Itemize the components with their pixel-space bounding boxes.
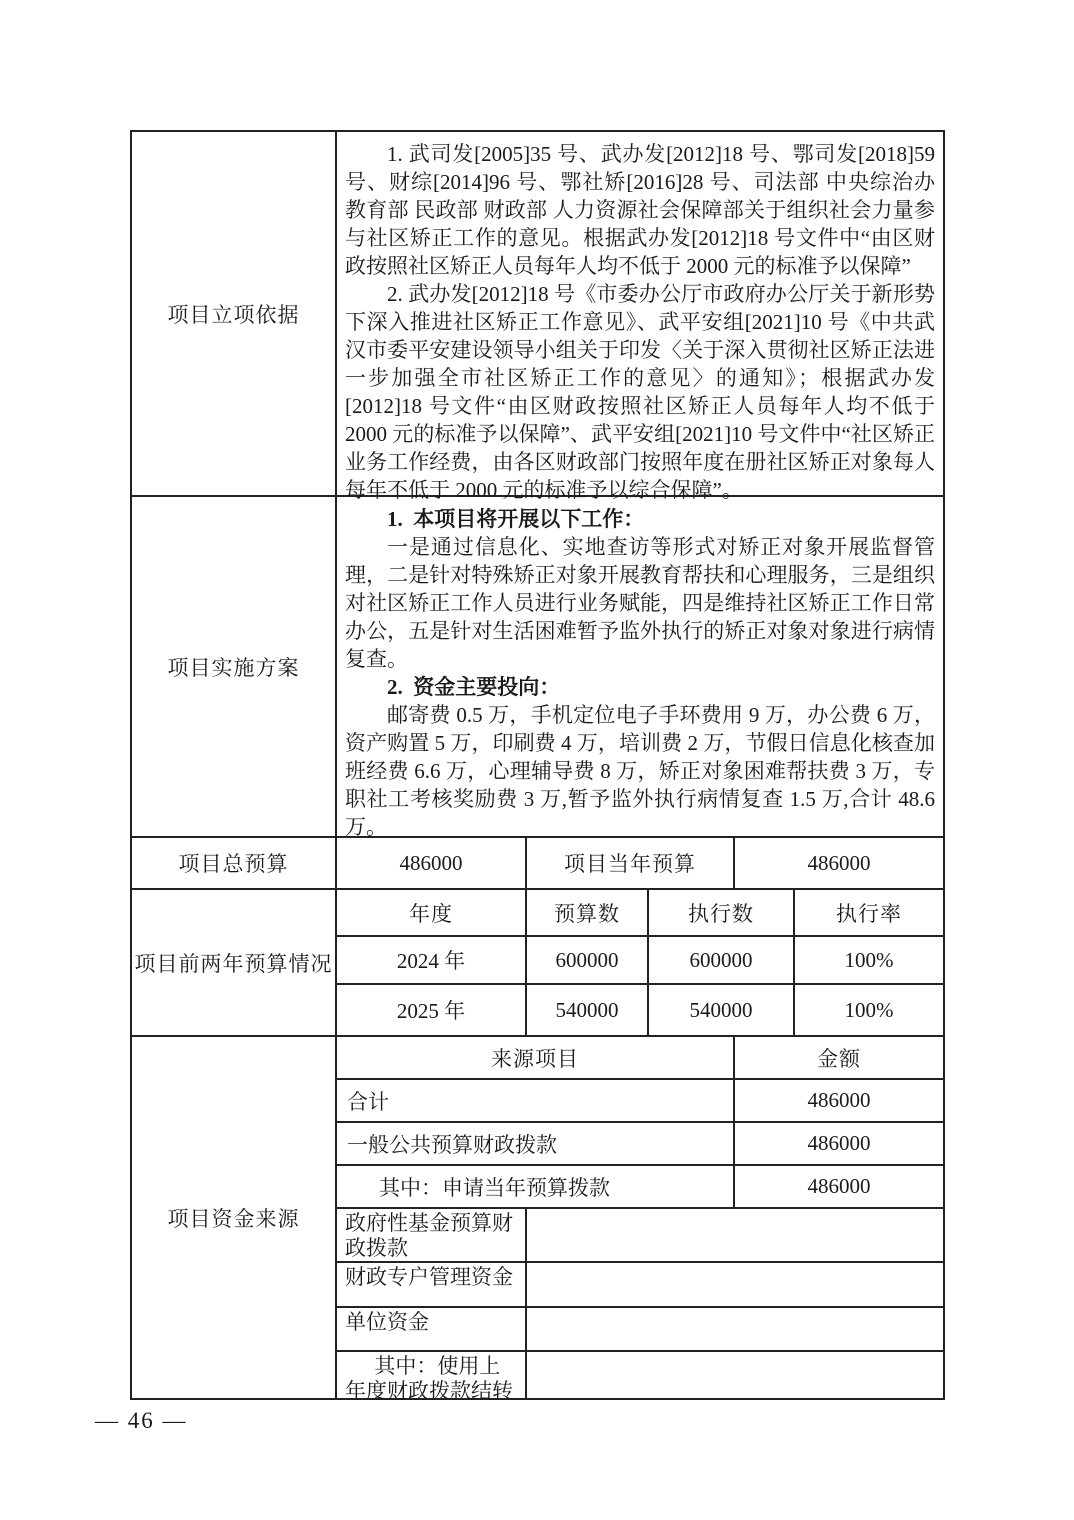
total-budget-value: 486000 — [337, 838, 527, 890]
funding-header-item: 来源项目 — [337, 1037, 735, 1080]
funding-row-general-item: 一般公共预算财政拨款 — [337, 1123, 735, 1166]
funding-detail-carryover-item: 其中：使用上年度财政拨款结转 — [337, 1352, 527, 1398]
page-number: — 46 — — [95, 1408, 188, 1434]
year-2024-rate: 100% — [795, 937, 943, 985]
funding-row-general-amount: 486000 — [735, 1123, 943, 1166]
implementation-plan-content: 1. 本项目将开展以下工作： 一是通过信息化、实地查访等形式对矫正对象开展监督管… — [337, 497, 943, 838]
funding-detail-govfund-item: 政府性基金预算财政拨款 — [337, 1209, 527, 1263]
approval-basis-content: 1. 武司发[2005]35 号、武办发[2012]18 号、鄂司发[2018]… — [337, 132, 943, 497]
implementation-heading-2: 2. 资金主要投向： — [345, 673, 935, 701]
year-2025-budget: 540000 — [527, 985, 649, 1037]
current-year-budget-label: 项目当年预算 — [527, 838, 735, 890]
implementation-heading-1: 1. 本项目将开展以下工作： — [345, 505, 935, 533]
col-header-year: 年度 — [337, 890, 527, 937]
project-budget-table: 项目立项依据 1. 武司发[2005]35 号、武办发[2012]18 号、鄂司… — [130, 130, 945, 1400]
funding-row-current-item: 其中：申请当年预算拨款 — [337, 1166, 735, 1209]
implementation-plan-label: 项目实施方案 — [132, 497, 337, 838]
year-2024-budget: 600000 — [527, 937, 649, 985]
funding-detail-special-item: 财政专户管理资金 — [337, 1263, 527, 1308]
year-2024-executed: 600000 — [649, 937, 795, 985]
approval-paragraph-2: 2. 武办发[2012]18 号《市委办公厅市政府办公厅关于新形势下深入推进社区… — [345, 280, 935, 504]
current-year-budget-value: 486000 — [735, 838, 943, 890]
implementation-body-2: 邮寄费 0.5 万，手机定位电子手环费用 9 万，办公费 6 万，资产购置 5 … — [345, 701, 935, 841]
total-budget-label: 项目总预算 — [132, 838, 337, 890]
implementation-body-1: 一是通过信息化、实地查访等形式对矫正对象开展监督管理，二是针对特殊矫正对象开展教… — [345, 533, 935, 673]
year-2025-rate: 100% — [795, 985, 943, 1037]
funding-detail-unit-amount — [527, 1308, 943, 1352]
funding-row-total-amount: 486000 — [735, 1080, 943, 1123]
col-header-budget: 预算数 — [527, 890, 649, 937]
year-2025-cell: 2025 年 — [337, 985, 527, 1037]
col-header-rate: 执行率 — [795, 890, 943, 937]
year-2024-cell: 2024 年 — [337, 937, 527, 985]
funding-detail-carryover-amount — [527, 1352, 943, 1398]
funding-detail-govfund-amount — [527, 1209, 943, 1263]
col-header-executed: 执行数 — [649, 890, 795, 937]
funding-row-total-item: 合计 — [337, 1080, 735, 1123]
document-page: 项目立项依据 1. 武司发[2005]35 号、武办发[2012]18 号、鄂司… — [0, 0, 1074, 1520]
previous-years-label: 项目前两年预算情况 — [132, 890, 337, 1037]
approval-basis-label: 项目立项依据 — [132, 132, 337, 497]
funding-source-label: 项目资金来源 — [132, 1037, 337, 1398]
funding-detail-special-amount — [527, 1263, 943, 1308]
year-2025-executed: 540000 — [649, 985, 795, 1037]
approval-paragraph-1: 1. 武司发[2005]35 号、武办发[2012]18 号、鄂司发[2018]… — [345, 140, 935, 280]
funding-row-current-amount: 486000 — [735, 1166, 943, 1209]
funding-detail-unit-item: 单位资金 — [337, 1308, 527, 1352]
funding-header-amount: 金额 — [735, 1037, 943, 1080]
